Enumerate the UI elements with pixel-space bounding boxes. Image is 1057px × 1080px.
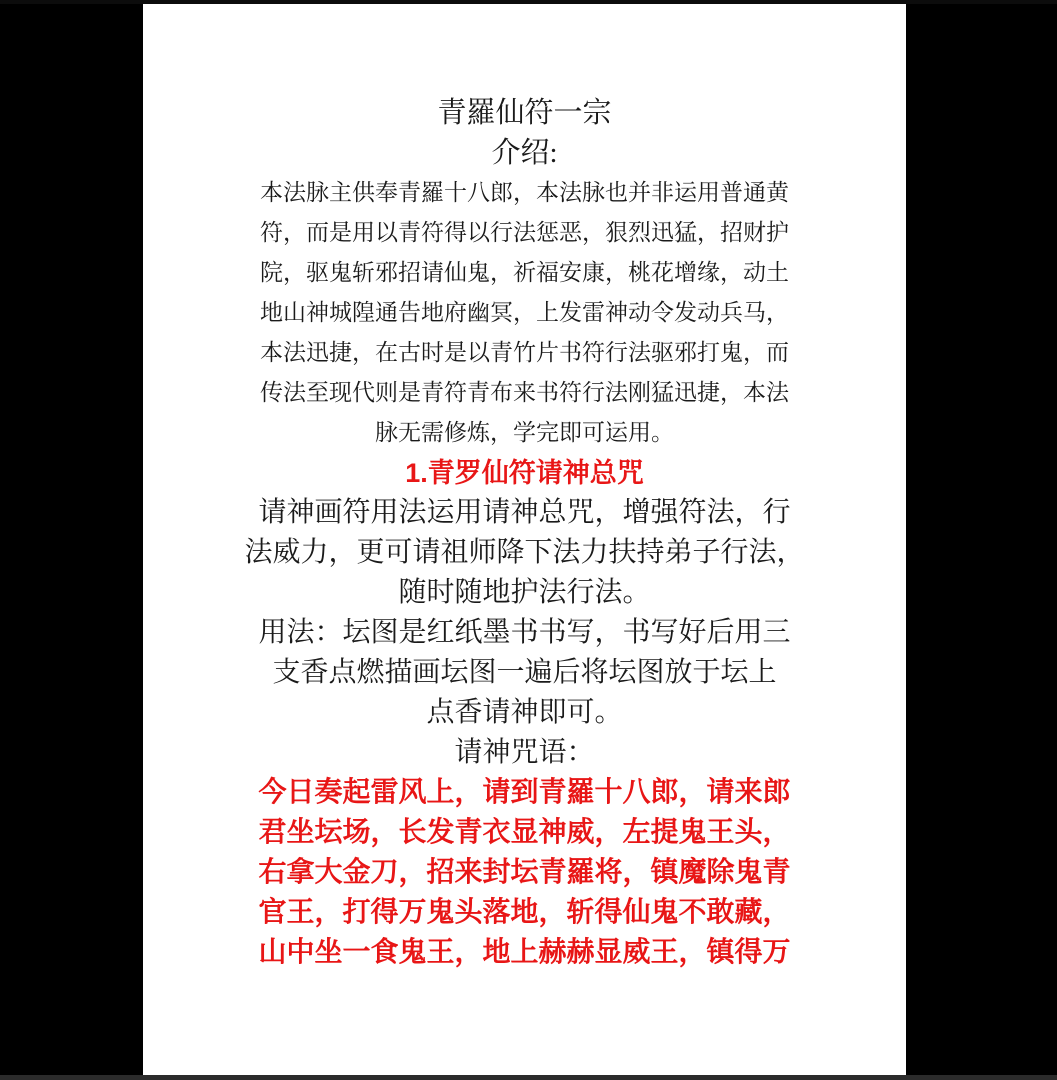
paragraph-line: 脉无需修炼，学完即可运用。 bbox=[143, 413, 906, 453]
spell-text-line: 今日奏起雷风上，请到青羅十八郎，请来郎 bbox=[143, 773, 906, 813]
paragraph-line: 用法：坛图是红纸墨书书写，书写好后用三 bbox=[143, 613, 906, 653]
document-page[interactable]: 青羅仙符一宗介绍:本法脉主供奉青羅十八郎，本法脉也并非运用普通黄符，而是用以青符… bbox=[143, 0, 906, 1080]
paragraph-line: 请神画符用法运用请神总咒，增强符法，行 bbox=[143, 493, 906, 533]
paragraph-line: 随时随地护法行法。 bbox=[143, 573, 906, 613]
paragraph-line: 本法迅捷，在古时是以青竹片书符行法驱邪打鬼，而 bbox=[143, 333, 906, 373]
top-bar bbox=[0, 0, 1057, 4]
paragraph-line: 点香请神即可。 bbox=[143, 693, 906, 733]
paragraph-line: 法威力，更可请祖师降下法力扶持弟子行法， bbox=[143, 533, 906, 573]
bottom-bar bbox=[0, 1075, 1057, 1080]
paragraph-line: 院，驱鬼斩邪招请仙鬼，祈福安康，桃花增缘，动土 bbox=[143, 253, 906, 293]
spell-text-line: 山中坐一食鬼王，地上赫赫显威王，镇得万 bbox=[143, 933, 906, 973]
section-label: 介绍: bbox=[143, 133, 906, 173]
paragraph-line: 支香点燃描画坛图一遍后将坛图放于坛上 bbox=[143, 653, 906, 693]
document-title: 青羅仙符一宗 bbox=[143, 93, 906, 133]
paragraph-line: 请神咒语： bbox=[143, 733, 906, 773]
paragraph-line: 本法脉主供奉青羅十八郎，本法脉也并非运用普通黄 bbox=[143, 173, 906, 213]
spell-text-line: 君坐坛场，长发青衣显神威，左提鬼王头， bbox=[143, 813, 906, 853]
paragraph-line: 符，而是用以青符得以行法惩恶，狠烈迅猛，招财护 bbox=[143, 213, 906, 253]
paragraph-line: 传法至现代则是青符青布来书符行法刚猛迅捷，本法 bbox=[143, 373, 906, 413]
viewer-background: { "viewer": { "frame_color": "#000000", … bbox=[0, 0, 1057, 1080]
spell-text-line: 右拿大金刀，招来封坛青羅将，镇魔除鬼青 bbox=[143, 853, 906, 893]
red-section-heading: 1.青罗仙符请神总咒 bbox=[143, 453, 906, 493]
paragraph-line: 地山神城隍通告地府幽冥，上发雷神动令发动兵马， bbox=[143, 293, 906, 333]
document-content: 青羅仙符一宗介绍:本法脉主供奉青羅十八郎，本法脉也并非运用普通黄符，而是用以青符… bbox=[143, 0, 906, 973]
spell-text-line: 官王，打得万鬼头落地，斩得仙鬼不敢藏， bbox=[143, 893, 906, 933]
